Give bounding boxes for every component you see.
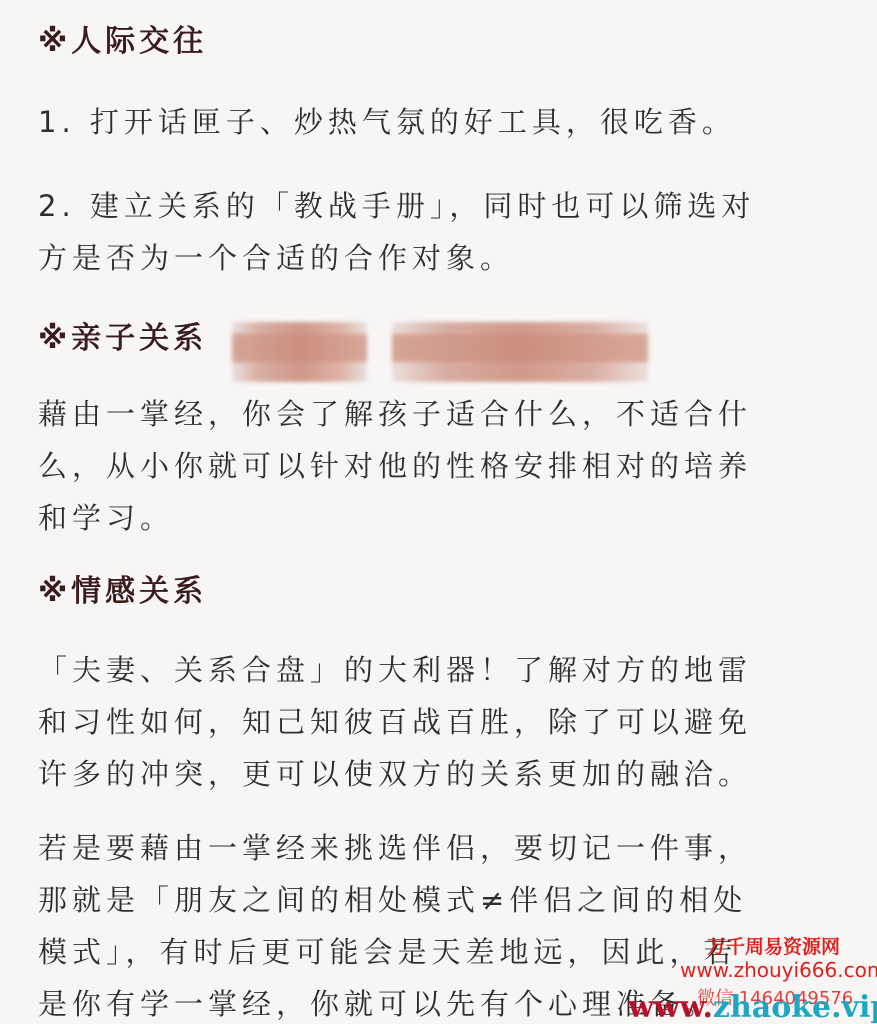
redacted-blur-2 — [392, 322, 648, 382]
paragraph-emotional-1: 「夫妻、关系合盘」的大利器！了解对方的地雷 和习性如何，知己知彼百战百胜，除了可… — [38, 644, 838, 800]
watermark-site-name: 万千周易资源网 — [707, 932, 840, 959]
section-heading-social: ※人际交往 — [38, 16, 207, 60]
watermark-vip-prefix: www. — [628, 990, 713, 1024]
watermark-vip-domain: zhaoke.vip — [713, 990, 877, 1024]
document-page: ※人际交往 1. 打开话匣子、炒热气氛的好工具，很吃香。 2. 建立关系的「教战… — [0, 0, 877, 1024]
section-heading-parent-child: ※亲子关系 — [38, 313, 207, 357]
section-heading-emotional: ※情感关系 — [38, 566, 207, 610]
watermark-vip-logo: www.zhaoke.vip — [628, 990, 877, 1024]
redacted-blur-1 — [232, 322, 367, 382]
paragraph-social-2: 2. 建立关系的「教战手册」，同时也可以筛选对 方是否为一个合适的合作对象。 — [38, 180, 838, 284]
paragraph-social-1: 1. 打开话匣子、炒热气氛的好工具，很吃香。 — [38, 96, 838, 148]
paragraph-parent-child: 藉由一掌经，你会了解孩子适合什么，不适合什 么，从小你就可以针对他的性格安排相对… — [38, 388, 838, 544]
watermark-site-url: www.zhouyi666.com — [680, 958, 877, 982]
